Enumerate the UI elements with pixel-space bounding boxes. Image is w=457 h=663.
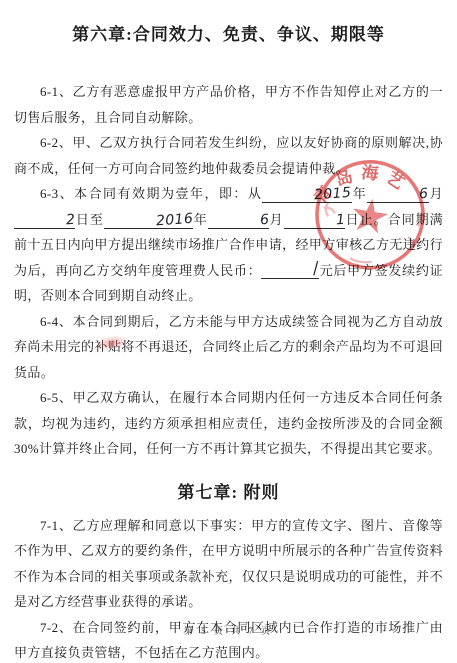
- start-month-blank: 6: [367, 187, 428, 203]
- clause-6-1: 6-1、乙方有恶意虚报甲方产品价格，甲方不作告知停止对乙方的一切售后服务，且合同…: [14, 79, 443, 130]
- management-fee-blank: /: [261, 263, 319, 279]
- clause-6-3-until-label: 日至: [75, 212, 104, 227]
- clause-6-3-year2-label: 年: [193, 212, 208, 227]
- handwritten-end-month: 6: [233, 212, 269, 228]
- clause-7-1: 7-1、乙方应理解和同意以下事实：甲方的宣传文字、图片、音像等不作为甲、乙双方的…: [14, 513, 443, 615]
- clause-6-3-month2-label: 月: [269, 212, 284, 227]
- clause-6-3-year-label: 年: [352, 186, 368, 201]
- end-month-blank: 6: [208, 213, 269, 229]
- clause-6-5: 6-5、甲乙双方确认，在履行本合同期内任何一方违反本合同任何条款，均视为违约，违…: [14, 385, 443, 462]
- chapter-7-title: 第七章: 附则: [0, 462, 457, 503]
- page-number-footer: 第 5 页 共 7 页: [0, 624, 457, 637]
- start-day-blank: 2: [14, 213, 75, 229]
- handwritten-start-day: 2: [40, 212, 76, 228]
- end-year-blank: 2016: [104, 213, 193, 229]
- chapter-6-title: 第六章:合同效力、免责、争议、期限等: [0, 0, 457, 45]
- clause-6-2: 6-2、甲、乙双方执行合同若发生纠纷，应以友好协商的原则解决,协商不成，任何一方…: [14, 130, 443, 181]
- handwritten-start-month: 6: [393, 187, 429, 203]
- start-year-blank: 2015: [262, 187, 351, 203]
- handwritten-start-year: 2015: [288, 186, 352, 204]
- contract-page: 第六章:合同效力、免责、争议、期限等 6-1、乙方有恶意虚报甲方产品价格，甲方不…: [0, 0, 457, 663]
- clause-6-3: 6-3、本合同有效期为壹年，即：从2015年6月2日至2016年6月1日止。合同…: [14, 181, 443, 309]
- clause-7-2: 7-2、在合同签约前，甲方在本合同区域内已合作打造的市场推广由甲方直接负责管辖，…: [14, 615, 443, 663]
- handwritten-fee-slash: /: [287, 260, 321, 280]
- clause-6-3-month-label: 月: [429, 186, 443, 201]
- clause-6-3-intro: 6-3、本合同有效期为壹年，即：从: [40, 186, 262, 201]
- handwritten-end-day: 1: [309, 212, 345, 228]
- handwritten-end-year: 2016: [130, 211, 194, 229]
- clause-6-4: 6-4、本合同到期后，乙方未能与甲方达成续签合同视为乙方自动放弃尚未用完的补贴将…: [14, 309, 443, 386]
- end-day-blank: 1: [284, 213, 345, 229]
